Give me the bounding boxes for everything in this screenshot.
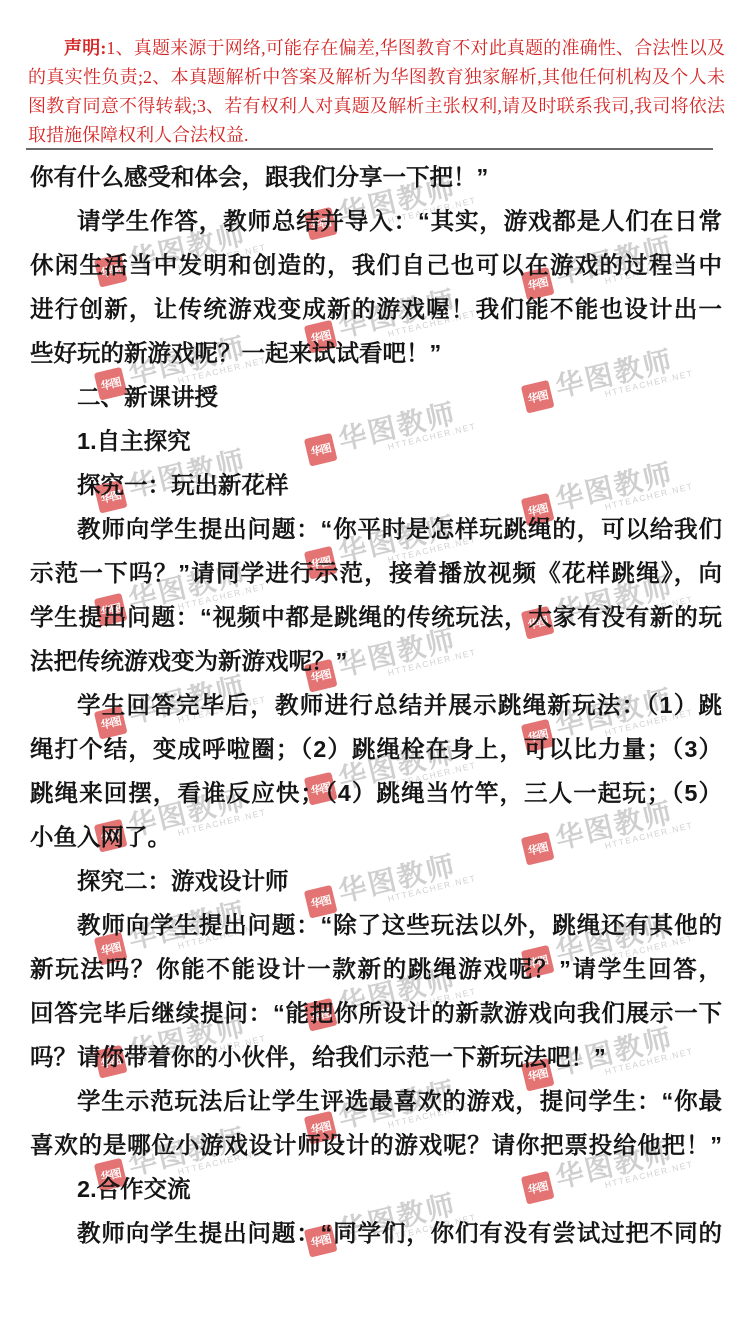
body-line: 些好玩的新游戏呢？一起来试试看吧！”: [30, 331, 722, 375]
disclaimer-line: 声明:1、真题来源于网络,可能存在偏差,华图教育不对此真题的准确性、合法性以及内…: [28, 34, 725, 63]
body-line: 教师向学生提出问题：“同学们，你们有没有尝试过把不同的: [30, 1211, 722, 1255]
body-line: 示范一下吗？”请同学进行示范，接着播放视频《花样跳绳》，向: [30, 551, 722, 595]
document-page: 华图华图教师HTTEACHER.NET华图华图教师HTTEACHER.NET华图…: [0, 0, 748, 1335]
divider-line: [26, 148, 713, 150]
body-text: 你有什么感受和体会，跟我们分享一下把！”请学生作答，教师总结并导入：“其实，游戏…: [30, 155, 722, 1255]
disclaimer-line: 图教育同意不得转载;3、若有权利人对真题及解析主张权利,请及时联系我司,我司将依…: [28, 92, 725, 121]
body-line: 新玩法吗？你能不能设计一款新的跳绳游戏呢？”请学生回答，: [30, 947, 722, 991]
body-line: 二、新课讲授: [30, 375, 722, 419]
body-line: 探究一：玩出新花样: [30, 463, 722, 507]
disclaimer: 声明:1、真题来源于网络,可能存在偏差,华图教育不对此真题的准确性、合法性以及内…: [28, 34, 725, 150]
body-line: 跳绳来回摆，看谁反应快；（4）跳绳当竹竿，三人一起玩；（5）: [30, 771, 722, 815]
body-line: 法把传统游戏变为新游戏呢？”: [30, 639, 722, 683]
document-content: 声明:1、真题来源于网络,可能存在偏差,华图教育不对此真题的准确性、合法性以及内…: [0, 0, 748, 1335]
disclaimer-line: 取措施保障权利人合法权益.: [28, 121, 725, 150]
disclaimer-label: 声明:: [64, 38, 106, 58]
body-line: 1.自主探究: [30, 419, 722, 463]
body-line: 吗？请你带着你的小伙伴，给我们示范一下新玩法吧！”: [30, 1035, 722, 1079]
body-line: 你有什么感受和体会，跟我们分享一下把！”: [30, 155, 722, 199]
body-line: 学生提出问题：“视频中都是跳绳的传统玩法，大家有没有新的玩: [30, 595, 722, 639]
body-line: 学生回答完毕后，教师进行总结并展示跳绳新玩法：（1）跳: [30, 683, 722, 727]
disclaimer-line-text: 1、真题来源于网络,可能存在偏差,华图教育不对此真题的准确性、合法性以及内容: [28, 38, 725, 63]
body-line: 探究二：游戏设计师: [30, 859, 722, 903]
body-line: 学生示范玩法后让学生评选最喜欢的游戏，提问学生：“你最: [30, 1079, 722, 1123]
body-line: 进行创新，让传统游戏变成新的游戏喔！我们能不能也设计出一: [30, 287, 722, 331]
body-line: 喜欢的是哪位小游戏设计师设计的游戏呢？请你把票投给他把！”: [30, 1123, 722, 1167]
body-line: 请学生作答，教师总结并导入：“其实，游戏都是人们在日常: [30, 199, 722, 243]
body-line: 教师向学生提出问题：“你平时是怎样玩跳绳的，可以给我们: [30, 507, 722, 551]
disclaimer-line: 的真实性负责;2、本真题解析中答案及解析为华图教育独家解析,其他任何机构及个人未…: [28, 63, 725, 92]
body-line: 教师向学生提出问题：“除了这些玩法以外，跳绳还有其他的: [30, 903, 722, 947]
body-line: 小鱼入网了。: [30, 815, 722, 859]
body-line: 回答完毕后继续提问：“能把你所设计的新款游戏向我们展示一下: [30, 991, 722, 1035]
body-line: 2.合作交流: [30, 1167, 722, 1211]
body-line: 休闲生活当中发明和创造的，我们自己也可以在游戏的过程当中: [30, 243, 722, 287]
body-line: 绳打个结，变成呼啦圈；（2）跳绳栓在身上，可以比力量；（3）: [30, 727, 722, 771]
